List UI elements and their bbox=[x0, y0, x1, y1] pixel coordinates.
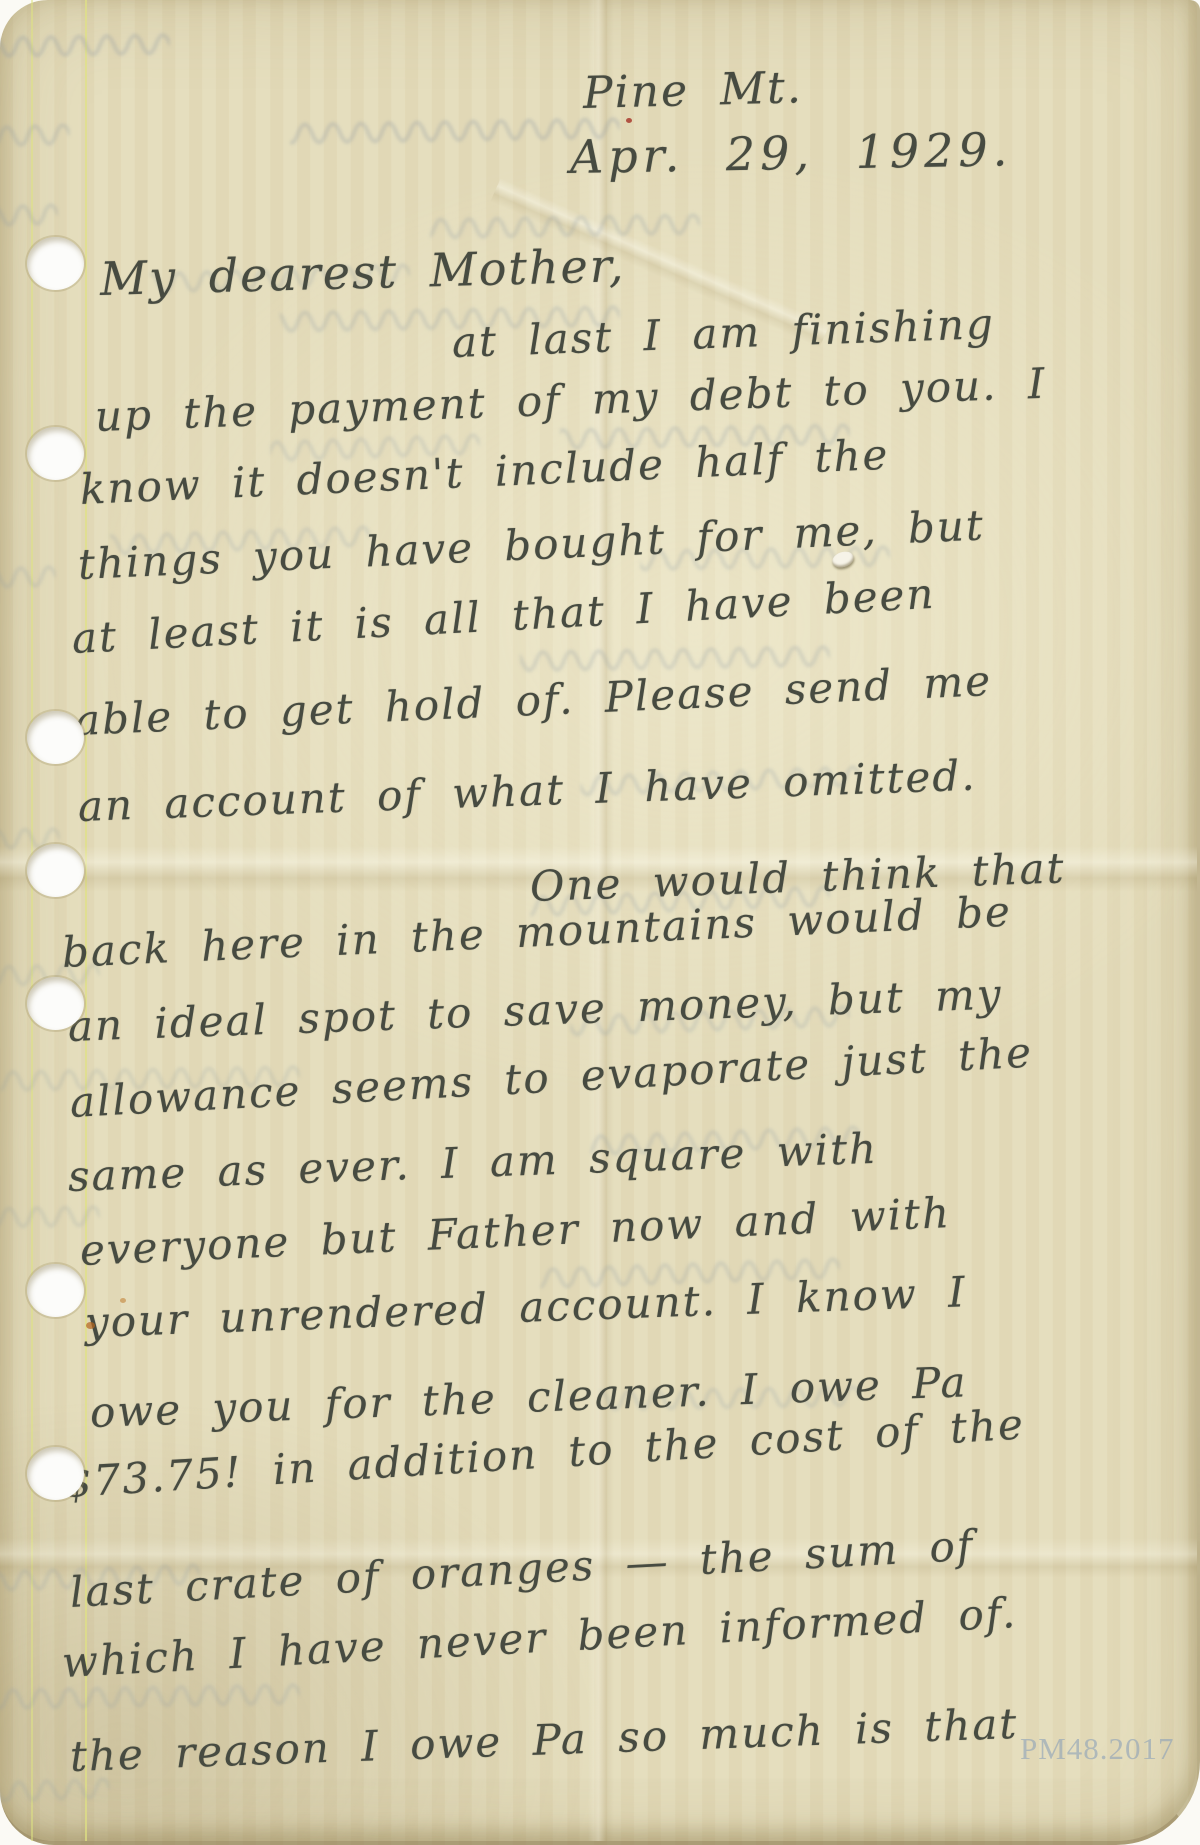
punch-hole bbox=[27, 427, 84, 480]
letter-line: your unrendered account. I know I bbox=[84, 1267, 967, 1347]
rust-speck bbox=[86, 1322, 95, 1329]
letter-line: know it doesn't include half the bbox=[79, 430, 890, 514]
letter-date: Apr. 29, 1929. bbox=[570, 122, 1013, 184]
letter-page: Pine Mt. Apr. 29, 1929. My dearest Mothe… bbox=[0, 0, 1200, 1845]
scan-surface: Pine Mt. Apr. 29, 1929. My dearest Mothe… bbox=[0, 0, 1200, 1845]
punch-hole bbox=[27, 977, 84, 1030]
punch-hole bbox=[27, 237, 84, 290]
punch-hole bbox=[27, 1447, 84, 1500]
letter-line: My dearest Mother, bbox=[99, 238, 626, 306]
letter-place: Pine Mt. bbox=[582, 62, 803, 119]
rust-speck bbox=[120, 1298, 126, 1303]
bleedthrough-writing bbox=[0, 560, 57, 599]
bleedthrough-writing bbox=[0, 118, 71, 164]
letter-line: an account of what I have omitted. bbox=[77, 751, 977, 831]
punch-hole bbox=[27, 844, 84, 897]
letter-line: same as ever. I am square with bbox=[67, 1124, 879, 1201]
ink-speck bbox=[626, 118, 632, 123]
punch-hole bbox=[27, 1264, 84, 1317]
archive-watermark: PM48.2017 bbox=[1020, 1731, 1175, 1767]
punch-hole bbox=[27, 711, 84, 764]
bleedthrough-writing bbox=[0, 1678, 300, 1717]
